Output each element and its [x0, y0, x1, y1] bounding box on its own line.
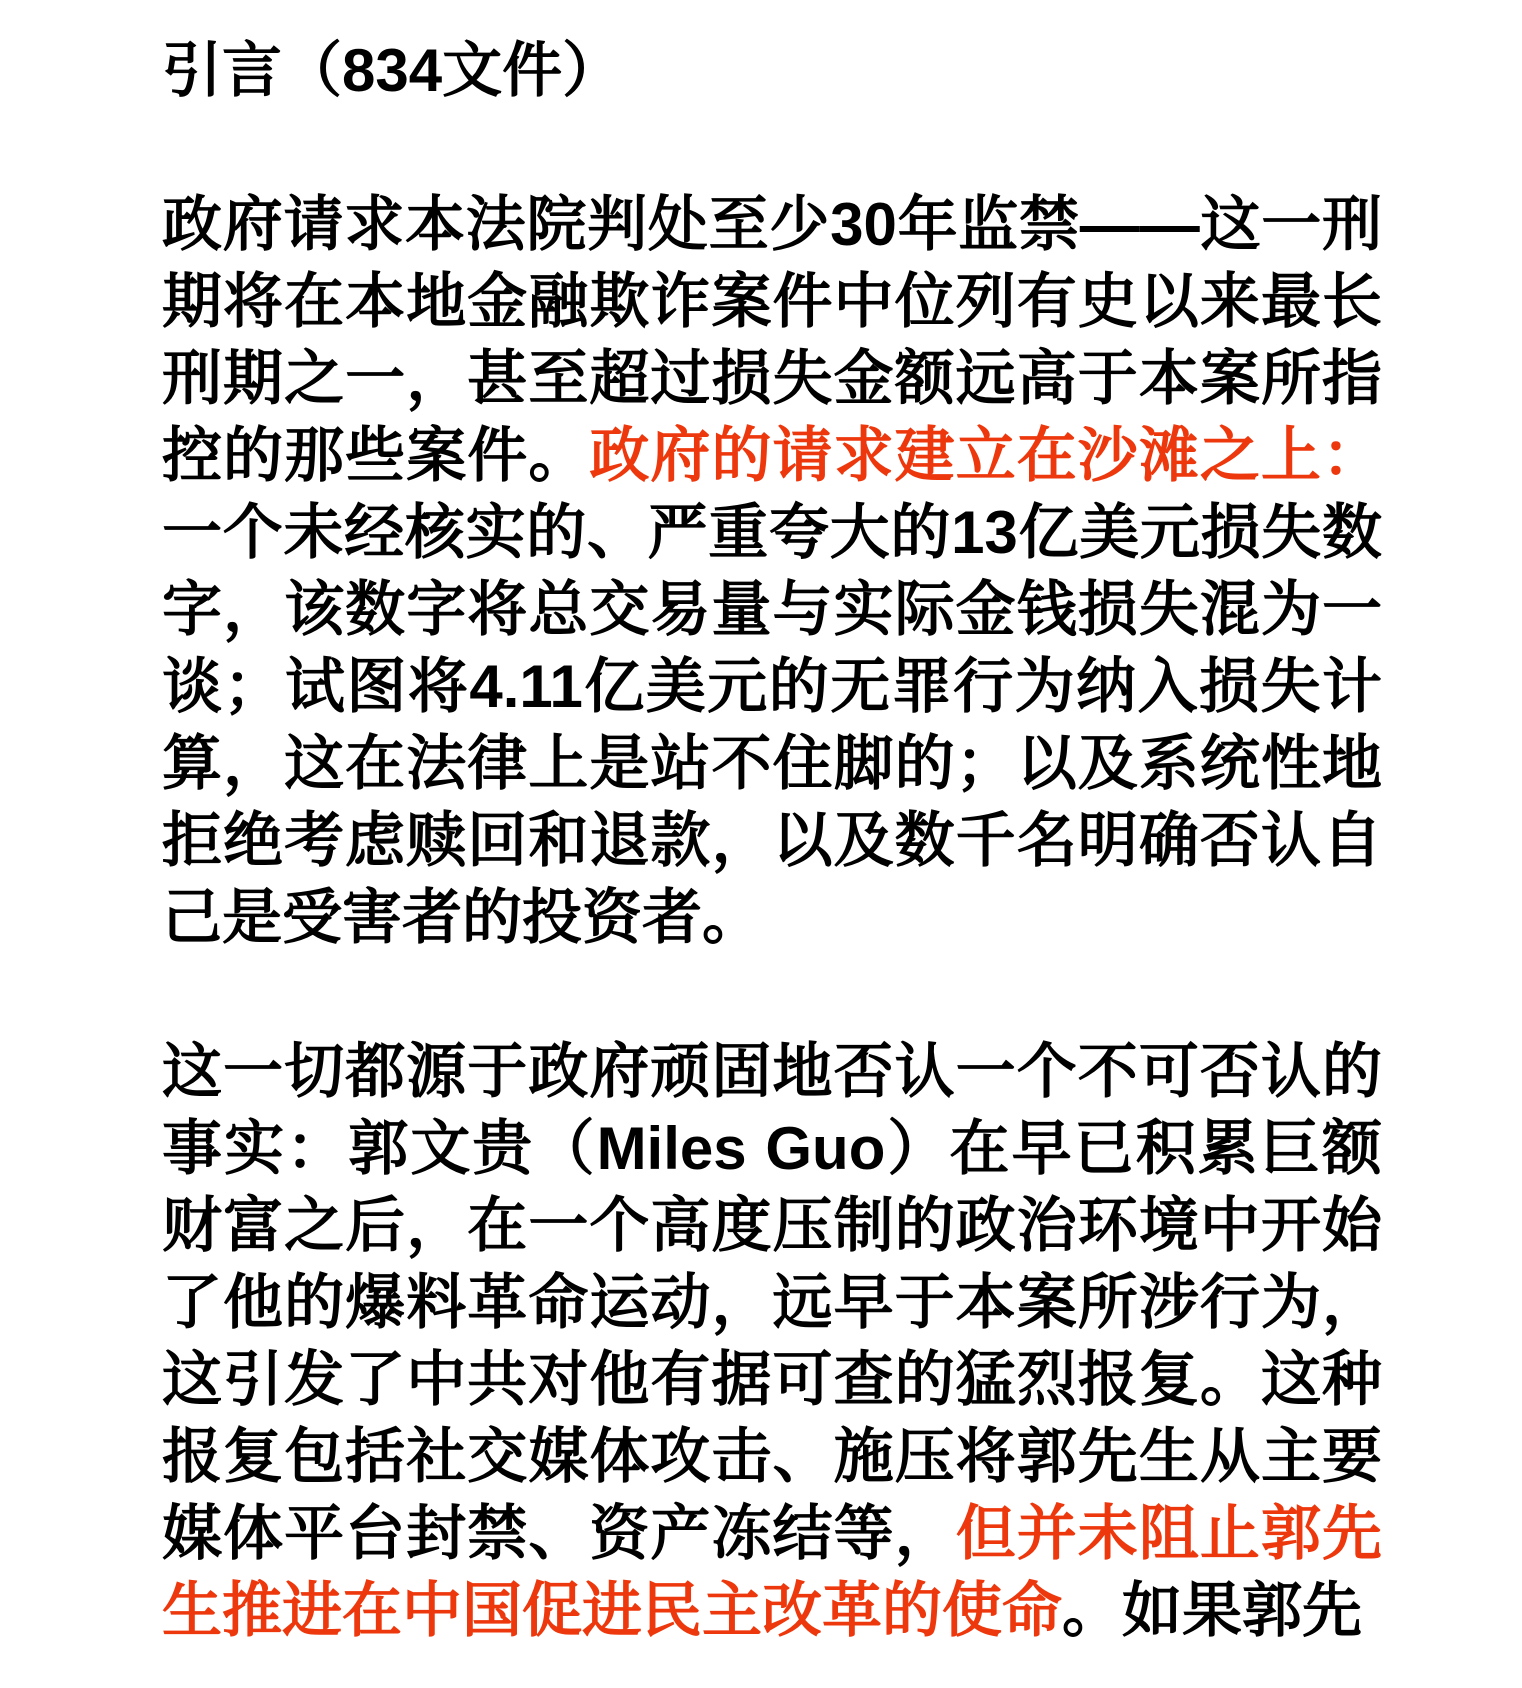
paragraph-background-text-1: 这一切都源于政府顽固地否认一个不可否认的事实：郭文贵（Miles Guo）在早已… [162, 1038, 1382, 1567]
document-page: 引言（834文件） 政府请求本法院判处至少30年监禁——这一刑期将在本地金融欺诈… [0, 0, 1522, 1688]
paragraph-intro-text-2: 一个未经核实的、严重夸大的13亿美元损失数字，该数字将总交易量与实际金钱损失混为… [162, 499, 1382, 951]
page-title: 引言（834文件） [162, 32, 1382, 109]
paragraph-background-text-2: 。如果郭先 [1062, 1577, 1362, 1644]
paragraph-intro: 政府请求本法院判处至少30年监禁——这一刑期将在本地金融欺诈案件中位列有史以来最… [162, 186, 1382, 956]
paragraph-background: 这一切都源于政府顽固地否认一个不可否认的事实：郭文贵（Miles Guo）在早已… [162, 1033, 1382, 1649]
paragraph-intro-red-emphasis: 政府的请求建立在沙滩之上： [589, 422, 1382, 489]
